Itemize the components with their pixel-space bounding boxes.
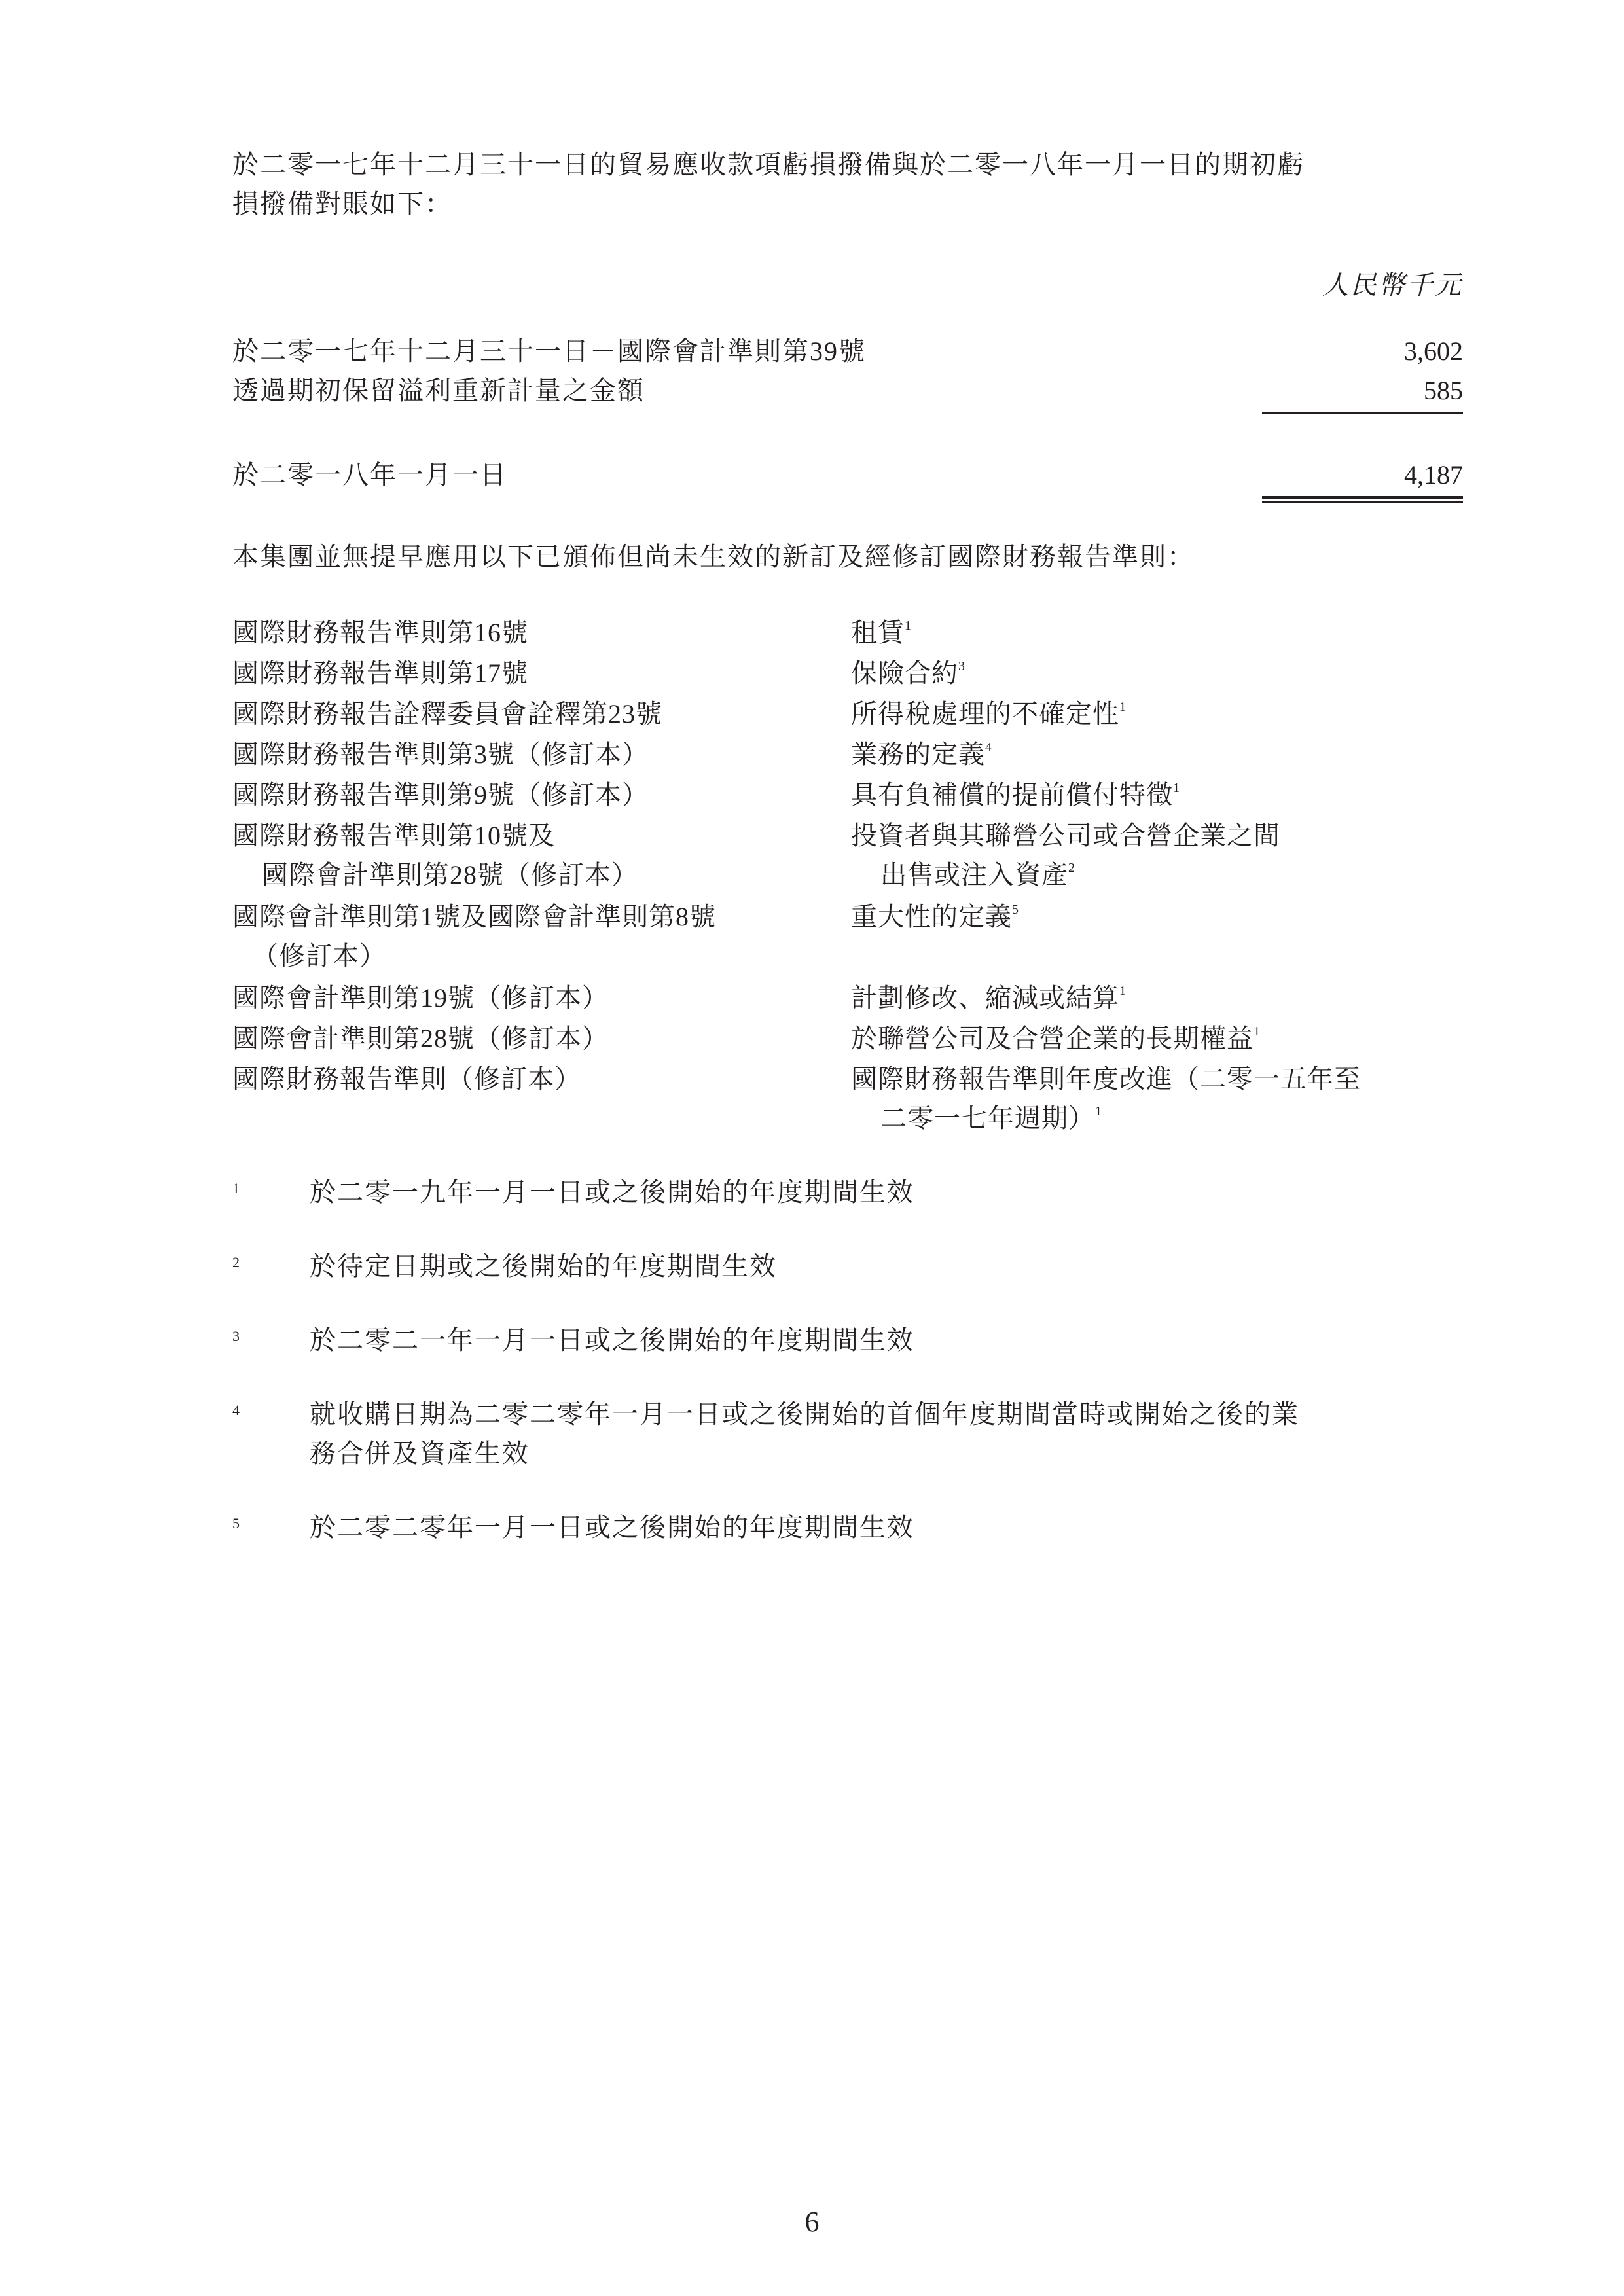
footnote-number: 5: [232, 1504, 240, 1543]
standard-title-cont: 出售或注入資產: [880, 860, 1068, 889]
standard-title: 計劃修改、縮減或結算: [851, 983, 1119, 1013]
standard-title-cont: 二零一七年週期）: [880, 1103, 1095, 1133]
intro-line-1: 於二零一七年十二月三十一日的貿易應收款項虧損撥備與於二零一八年一月一日的期初虧: [232, 145, 1463, 185]
row-label: 於二零一七年十二月三十一日－國際會計準則第39號: [232, 332, 866, 371]
footnote-text: 於待定日期或之後開始的年度期間生效: [310, 1251, 777, 1281]
footnote-ref: 2: [1068, 861, 1075, 875]
standard-name: 國際財務報告準則第3號（修訂本）: [232, 740, 649, 769]
footnote-ref: 3: [958, 659, 965, 673]
footnote-text: 於二零一九年一月一日或之後開始的年度期間生效: [310, 1177, 914, 1207]
standard-title: 於聯營公司及合營企業的長期權益: [851, 1024, 1254, 1053]
standard-name: 國際財務報告準則第9號（修訂本）: [232, 780, 649, 810]
footnote-ref: 1: [1119, 984, 1126, 998]
standard-name: 國際財務報告準則第16號: [232, 618, 528, 647]
intro-line-2: 損撥備對賬如下：: [232, 185, 1463, 224]
footnote-ref: 1: [1119, 700, 1126, 714]
standard-title: 國際財務報告準則年度改進（二零一五年至: [851, 1060, 1463, 1099]
standard-name: 國際財務報告準則（修訂本）: [232, 1064, 581, 1094]
total-value: 4,187: [1404, 456, 1463, 495]
footnote-ref: 1: [905, 619, 911, 633]
footnote-number: 4: [232, 1391, 240, 1430]
standard-title: 所得稅處理的不確定性: [851, 699, 1119, 728]
footnote-ref: 5: [1012, 903, 1019, 917]
page-number: 6: [0, 2202, 1624, 2242]
standard-name: 國際財務報告準則第10號及: [232, 816, 821, 855]
standard-title: 租賃: [851, 618, 905, 647]
reconciliation-row: 於二零一七年十二月三十一日－國際會計準則第39號 3,602: [232, 332, 1463, 371]
standard-name: 國際會計準則第28號（修訂本）: [232, 1024, 609, 1053]
row-value: 3,602: [1404, 332, 1463, 371]
footnote-number: 2: [232, 1243, 240, 1282]
standard-name-cont: （修訂本）: [232, 937, 821, 976]
footnote-text: 於二零二零年一月一日或之後開始的年度期間生效: [310, 1513, 914, 1542]
standard-title: 具有負補償的提前償付特徵: [851, 780, 1173, 810]
currency-header: 人民幣千元: [1201, 266, 1463, 305]
total-label: 於二零一八年一月一日: [232, 456, 507, 495]
reconciliation-row: 透過期初保留溢利重新計量之金額 585: [232, 371, 1463, 410]
reconciliation-total-row: 於二零一八年一月一日 4,187: [232, 456, 1463, 495]
total-double-rule: [1262, 496, 1463, 503]
standard-name: 國際會計準則第19號（修訂本）: [232, 983, 609, 1013]
standard-title: 業務的定義: [851, 740, 985, 769]
footnote-ref: 4: [985, 740, 992, 755]
footnote-number: 3: [232, 1317, 240, 1356]
standard-name: 國際會計準則第1號及國際會計準則第8號: [232, 897, 821, 937]
standard-name: 國際財務報告準則第17號: [232, 658, 528, 688]
footnote-ref: 1: [1095, 1104, 1102, 1119]
footnote-ref: 1: [1254, 1024, 1260, 1039]
standard-title: 保險合約: [851, 658, 958, 688]
footnote-number: 1: [232, 1169, 240, 1208]
footnote-text-cont: 務合併及資產生效: [310, 1434, 1463, 1473]
subtotal-rule: [1262, 412, 1463, 414]
footnote-ref: 1: [1173, 781, 1180, 795]
standard-title: 投資者與其聯營公司或合營企業之間: [851, 816, 1463, 855]
standards-intro: 本集團並無提早應用以下已頒佈但尚未生效的新訂及經修訂國際財務報告準則：: [232, 537, 1463, 577]
row-label: 透過期初保留溢利重新計量之金額: [232, 371, 645, 410]
standard-title: 重大性的定義: [851, 902, 1012, 931]
row-value: 585: [1424, 371, 1463, 410]
intro-paragraph: 於二零一七年十二月三十一日的貿易應收款項虧損撥備與於二零一八年一月一日的期初虧 …: [232, 145, 1463, 224]
footnote-text: 就收購日期為二零二零年一月一日或之後開始的首個年度期間當時或開始之後的業: [310, 1395, 1463, 1434]
standard-name: 國際財務報告詮釋委員會詮釋第23號: [232, 699, 662, 728]
footnote-text: 於二零二一年一月一日或之後開始的年度期間生效: [310, 1325, 914, 1355]
standard-name-cont: 國際會計準則第28號（修訂本）: [232, 855, 821, 895]
